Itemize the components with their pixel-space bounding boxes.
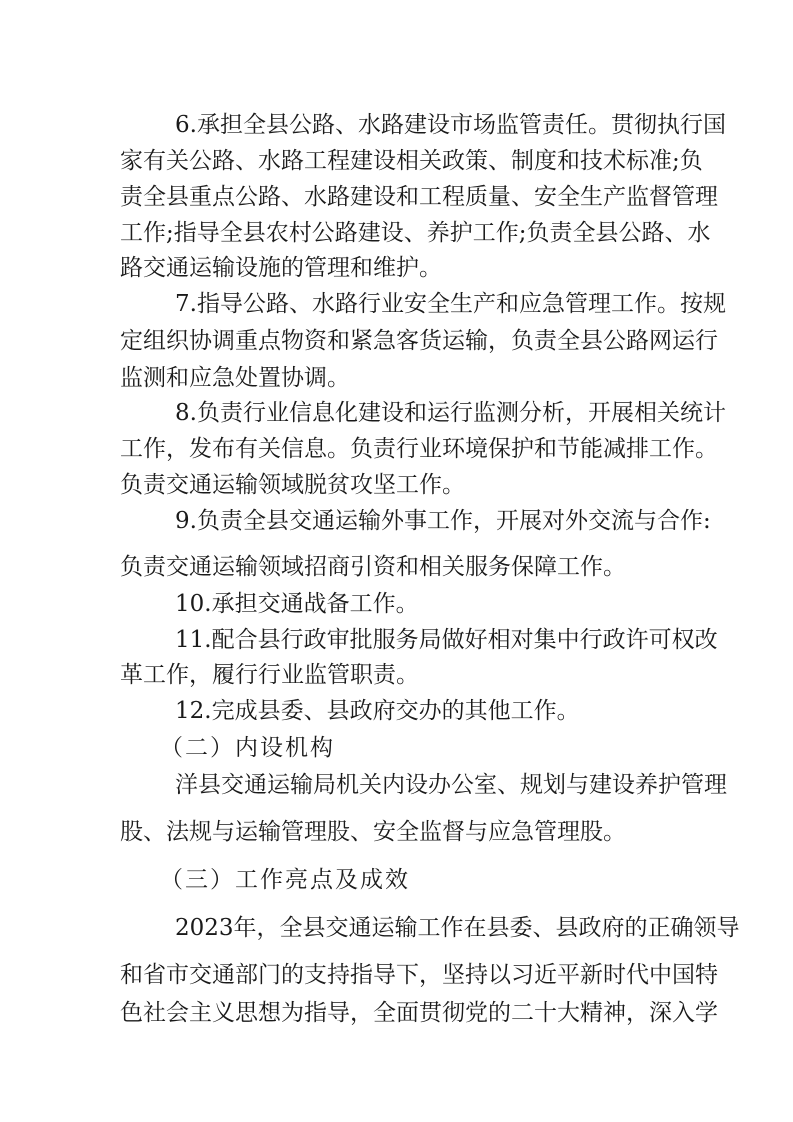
body-text-line: 12.完成县委、县政府交办的其他工作。 bbox=[175, 695, 675, 727]
body-text-line: 7.指导公路、水路行业安全生产和应急管理工作。按规 bbox=[175, 288, 675, 320]
body-text-line: 路交通运输设施的管理和维护。 bbox=[120, 252, 675, 284]
body-text-line: 负责交通运输领域脱贫攻坚工作。 bbox=[120, 469, 675, 501]
section-heading: （二）内设机构 bbox=[160, 732, 715, 764]
body-text-line: 监测和应急处置协调。 bbox=[120, 362, 675, 394]
body-text-line: 2023年，全县交通运输工作在县委、县政府的正确领导 bbox=[175, 912, 675, 944]
document-page: 6.承担全县公路、水路建设市场监管责任。贯彻执行国 家有关公路、水路工程建设相关… bbox=[0, 0, 793, 1122]
body-text-line: 色社会主义思想为指导，全面贯彻党的二十大精神，深入学 bbox=[120, 997, 675, 1029]
body-text-line: 家有关公路、水路工程建设相关政策、制度和技术标准;负 bbox=[120, 145, 675, 177]
body-text-line: 9.负责全县交通运输外事工作，开展对外交流与合作: bbox=[175, 505, 675, 537]
body-text-line: 定组织协调重点物资和紧急客货运输，负责全县公路网运行 bbox=[120, 325, 675, 357]
body-text-line: 11.配合县行政审批服务局做好相对集中行政许可权改 bbox=[175, 624, 675, 656]
body-text-line: 和省市交通部门的支持指导下，坚持以习近平新时代中国特 bbox=[120, 959, 675, 991]
body-text-line: 6.承担全县公路、水路建设市场监管责任。贯彻执行国 bbox=[175, 109, 675, 141]
body-text-line: 10.承担交通战备工作。 bbox=[175, 588, 675, 620]
body-text-line: 洋县交通运输局机关内设办公室、规划与建设养护管理 bbox=[175, 769, 675, 801]
section-heading: （三）工作亮点及成效 bbox=[160, 864, 715, 896]
body-text-line: 工作，发布有关信息。负责行业环境保护和节能减排工作。 bbox=[120, 433, 675, 465]
body-text-line: 负责交通运输领域招商引资和相关服务保障工作。 bbox=[120, 551, 675, 583]
body-text-line: 工作;指导全县农村公路建设、养护工作;负责全县公路、水 bbox=[120, 217, 675, 249]
body-text-line: 革工作，履行行业监管职责。 bbox=[120, 659, 675, 691]
body-text-line: 责全县重点公路、水路建设和工程质量、安全生产监督管理 bbox=[120, 181, 675, 213]
body-text-line: 8.负责行业信息化建设和运行监测分析，开展相关统计 bbox=[175, 397, 675, 429]
body-text-line: 股、法规与运输管理股、安全监督与应急管理股。 bbox=[120, 816, 675, 848]
